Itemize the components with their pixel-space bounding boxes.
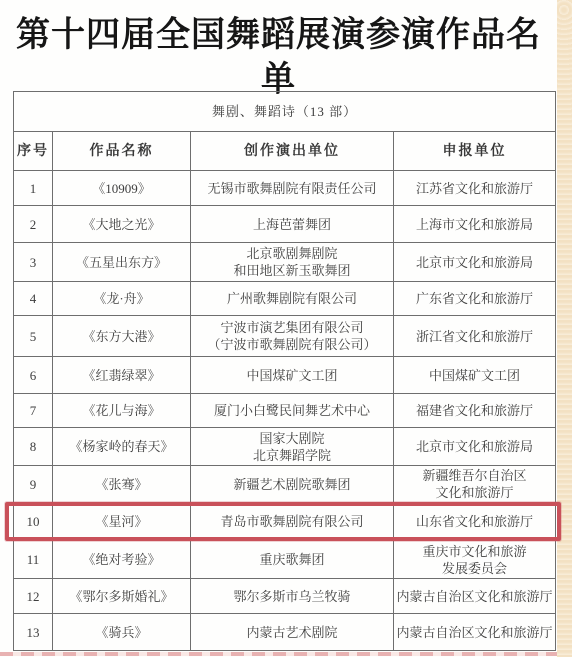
cell-name: 《龙·舟》 <box>53 282 191 316</box>
cell-producer: 青岛市歌舞剧院有限公司 <box>191 503 394 541</box>
cell-applicant: 内蒙古自治区文化和旅游厅 <box>394 614 556 651</box>
cell-producer: 国家大剧院 北京舞蹈学院 <box>191 428 394 466</box>
cell-no: 4 <box>14 282 53 316</box>
cell-producer: 上海芭蕾舞团 <box>191 206 394 243</box>
cell-applicant: 重庆市文化和旅游 发展委员会 <box>394 541 556 579</box>
cell-no: 12 <box>14 579 53 614</box>
cell-producer: 无锡市歌舞剧院有限责任公司 <box>191 171 394 206</box>
scanned-document-page: 第十四届全国舞蹈展演参演作品名单 舞剧、舞蹈诗（13 部） 序号 作品名称 创作… <box>0 0 572 657</box>
cell-no: 1 <box>14 171 53 206</box>
cell-producer: 北京歌剧舞剧院 和田地区新玉歌舞团 <box>191 243 394 282</box>
table-row: 7 《花儿与海》 厦门小白鹭民间舞艺术中心 福建省文化和旅游厅 <box>14 394 556 428</box>
cell-producer: 广州歌舞剧院有限公司 <box>191 282 394 316</box>
table-row: 12 《鄂尔多斯婚礼》 鄂尔多斯市乌兰牧骑 内蒙古自治区文化和旅游厅 <box>14 579 556 614</box>
cell-no: 10 <box>14 503 53 541</box>
cell-no: 5 <box>14 316 53 357</box>
background-edge-pattern <box>557 0 572 657</box>
cell-name: 《骑兵》 <box>53 614 191 651</box>
cell-no: 13 <box>14 614 53 651</box>
table-row: 9 《张骞》 新疆艺术剧院歌舞团 新疆维吾尔自治区 文化和旅游厅 <box>14 466 556 503</box>
cell-applicant: 江苏省文化和旅游厅 <box>394 171 556 206</box>
cropped-red-annotation-line <box>0 652 557 656</box>
cell-name: 《杨家岭的春天》 <box>53 428 191 466</box>
table-row: 11 《绝对考验》 重庆歌舞团 重庆市文化和旅游 发展委员会 <box>14 541 556 579</box>
column-header-producer: 创作演出单位 <box>191 132 394 171</box>
table-group-header: 舞剧、舞蹈诗（13 部） <box>14 92 556 132</box>
table-row: 13 《骑兵》 内蒙古艺术剧院 内蒙古自治区文化和旅游厅 <box>14 614 556 651</box>
column-header-no: 序号 <box>14 132 53 171</box>
cell-applicant: 广东省文化和旅游厅 <box>394 282 556 316</box>
cell-producer: 宁波市演艺集团有限公司 （宁波市歌舞剧院有限公司） <box>191 316 394 357</box>
cell-no: 7 <box>14 394 53 428</box>
cell-name: 《10909》 <box>53 171 191 206</box>
cell-producer: 重庆歌舞团 <box>191 541 394 579</box>
cell-name: 《花儿与海》 <box>53 394 191 428</box>
cell-applicant: 北京市文化和旅游局 <box>394 243 556 282</box>
cell-producer: 内蒙古艺术剧院 <box>191 614 394 651</box>
cell-producer: 厦门小白鹭民间舞艺术中心 <box>191 394 394 428</box>
table-row: 8 《杨家岭的春天》 国家大剧院 北京舞蹈学院 北京市文化和旅游局 <box>14 428 556 466</box>
cell-applicant: 浙江省文化和旅游厅 <box>394 316 556 357</box>
cell-name: 《张骞》 <box>53 466 191 503</box>
table-header-row: 序号 作品名称 创作演出单位 申报单位 <box>14 132 556 171</box>
cell-applicant: 福建省文化和旅游厅 <box>394 394 556 428</box>
page-title: 第十四届全国舞蹈展演参演作品名单 <box>0 13 557 103</box>
cell-no: 3 <box>14 243 53 282</box>
works-table: 舞剧、舞蹈诗（13 部） 序号 作品名称 创作演出单位 申报单位 1 《1090… <box>13 91 556 651</box>
cell-name: 《五星出东方》 <box>53 243 191 282</box>
table-row: 6 《红翡绿翠》 中国煤矿文工团 中国煤矿文工团 <box>14 357 556 394</box>
table-row: 2 《大地之光》 上海芭蕾舞团 上海市文化和旅游局 <box>14 206 556 243</box>
cell-no: 2 <box>14 206 53 243</box>
table-row: 5 《东方大港》 宁波市演艺集团有限公司 （宁波市歌舞剧院有限公司） 浙江省文化… <box>14 316 556 357</box>
cell-applicant: 新疆维吾尔自治区 文化和旅游厅 <box>394 466 556 503</box>
cell-name: 《大地之光》 <box>53 206 191 243</box>
cell-name: 《绝对考验》 <box>53 541 191 579</box>
works-table-container: 舞剧、舞蹈诗（13 部） 序号 作品名称 创作演出单位 申报单位 1 《1090… <box>13 91 555 651</box>
cell-no: 6 <box>14 357 53 394</box>
cell-applicant: 北京市文化和旅游局 <box>394 428 556 466</box>
cell-no: 11 <box>14 541 53 579</box>
cell-applicant: 中国煤矿文工团 <box>394 357 556 394</box>
table-row-highlighted: 10 《星河》 青岛市歌舞剧院有限公司 山东省文化和旅游厅 <box>14 503 556 541</box>
table-row: 3 《五星出东方》 北京歌剧舞剧院 和田地区新玉歌舞团 北京市文化和旅游局 <box>14 243 556 282</box>
cell-name: 《鄂尔多斯婚礼》 <box>53 579 191 614</box>
cell-name: 《东方大港》 <box>53 316 191 357</box>
cell-no: 8 <box>14 428 53 466</box>
table-row: 1 《10909》 无锡市歌舞剧院有限责任公司 江苏省文化和旅游厅 <box>14 171 556 206</box>
cell-name: 《红翡绿翠》 <box>53 357 191 394</box>
cell-applicant: 上海市文化和旅游局 <box>394 206 556 243</box>
column-header-applicant: 申报单位 <box>394 132 556 171</box>
table-row: 4 《龙·舟》 广州歌舞剧院有限公司 广东省文化和旅游厅 <box>14 282 556 316</box>
cell-producer: 中国煤矿文工团 <box>191 357 394 394</box>
cell-producer: 鄂尔多斯市乌兰牧骑 <box>191 579 394 614</box>
cell-producer: 新疆艺术剧院歌舞团 <box>191 466 394 503</box>
table-group-header-row: 舞剧、舞蹈诗（13 部） <box>14 92 556 132</box>
cell-name: 《星河》 <box>53 503 191 541</box>
cell-no: 9 <box>14 466 53 503</box>
cell-applicant: 山东省文化和旅游厅 <box>394 503 556 541</box>
column-header-name: 作品名称 <box>53 132 191 171</box>
cell-applicant: 内蒙古自治区文化和旅游厅 <box>394 579 556 614</box>
